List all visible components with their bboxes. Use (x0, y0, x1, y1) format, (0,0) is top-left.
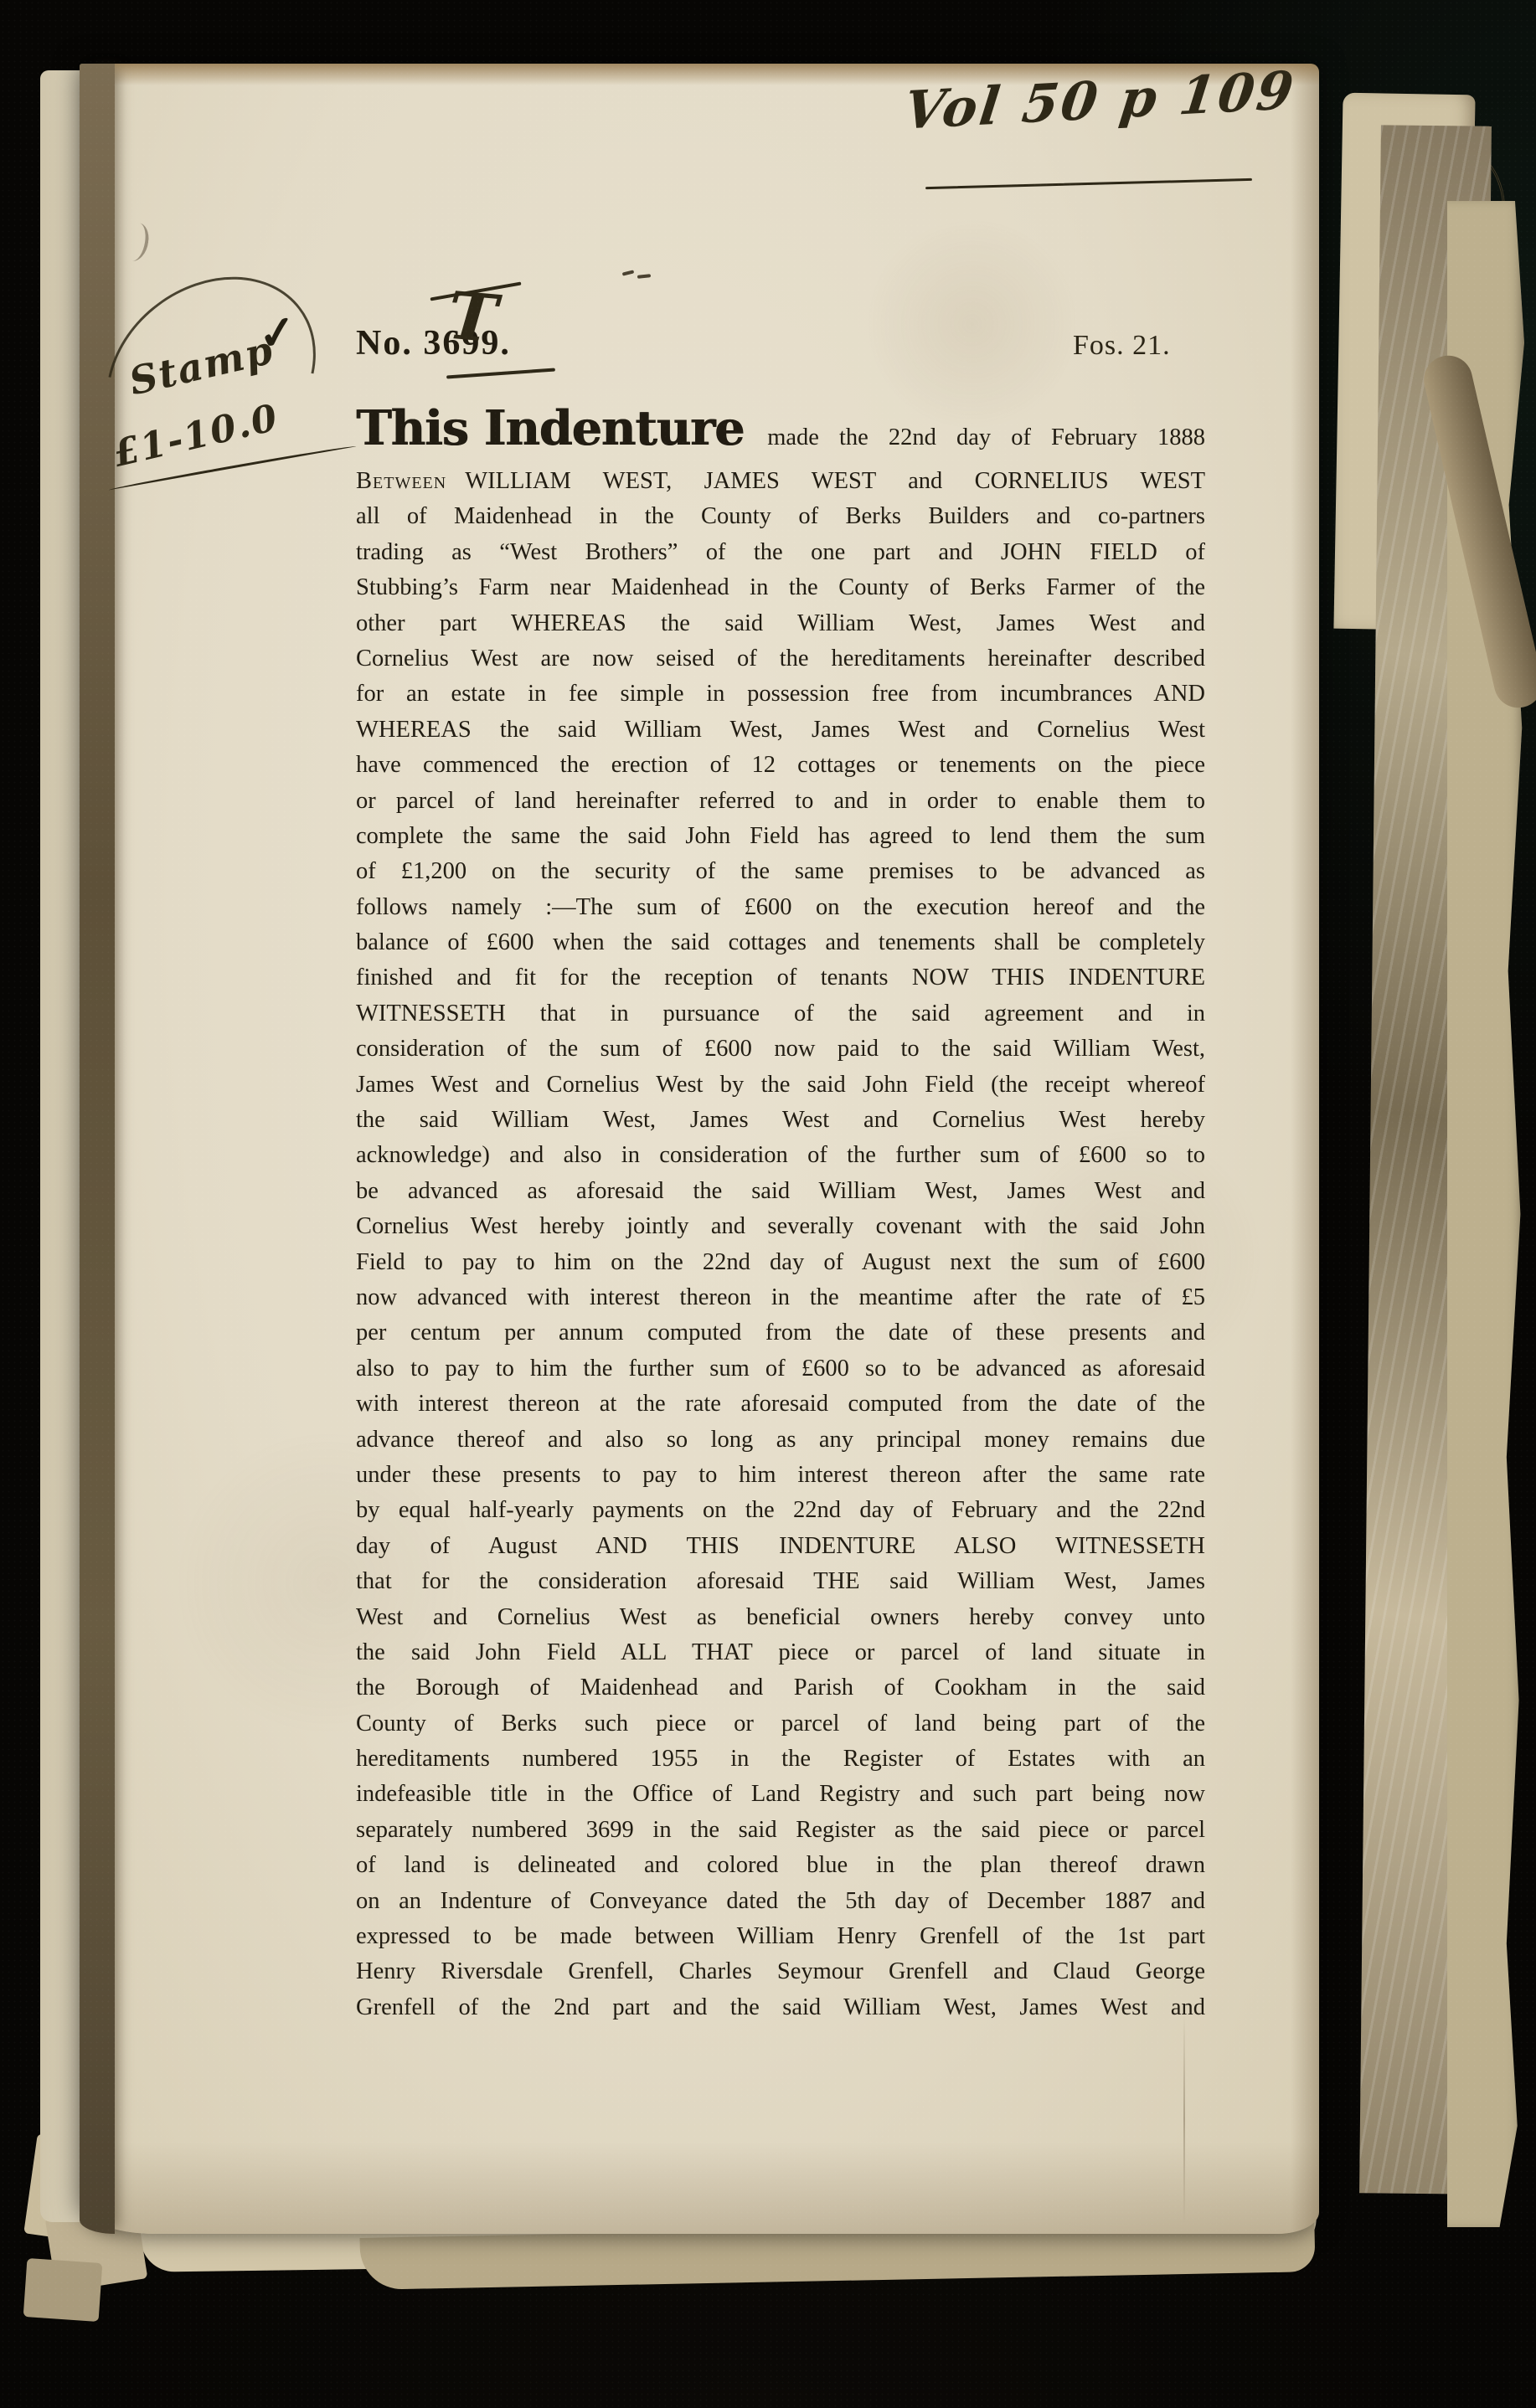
text-line: Field to pay to him on the 22nd day of A… (356, 1245, 1205, 1280)
text-line: per centum per annum computed from the d… (356, 1315, 1205, 1351)
text-line: all of Maidenhead in the County of Berks… (356, 499, 1205, 534)
text-line: finished and fit for the reception of te… (356, 960, 1205, 996)
text-line: now advanced with interest thereon in th… (356, 1280, 1205, 1315)
text-line: WITNESSETH that in pursuance of the said… (356, 996, 1205, 1032)
text-line: indefeasible title in the Office of Land… (356, 1777, 1205, 1812)
document-page: Vol 50 p 109 Stamp ✓ £1-10.0 No. 3699. T… (80, 64, 1319, 2234)
text-line: on an Indenture of Conveyance dated the … (356, 1884, 1205, 1919)
text-line: WHEREAS the said William West, James Wes… (356, 713, 1205, 748)
text-line: Stubbing’s Farm near Maidenhead in the C… (356, 570, 1205, 605)
text-line: of land is delineated and colored blue i… (356, 1848, 1205, 1883)
opening-line-rest: made the 22nd day of February 1888 (767, 424, 1205, 451)
text-line: with interest thereon at the rate afores… (356, 1387, 1205, 1422)
text-line: the said John Field ALL THAT piece or pa… (356, 1635, 1205, 1670)
text-line: for an estate in fee simple in possessio… (356, 677, 1205, 712)
text-line: or parcel of land hereinafter referred t… (356, 784, 1205, 819)
text-line: acknowledge) and also in consideration o… (356, 1138, 1205, 1173)
text-line: trading as “West Brothers” of the one pa… (356, 535, 1205, 570)
text-line: Cornelius West are now seised of the her… (356, 641, 1205, 677)
text-line: that for the consideration aforesaid THE… (356, 1564, 1205, 1599)
text-line: have commenced the erection of 12 cottag… (356, 748, 1205, 783)
text-line: also to pay to him the further sum of £6… (356, 1351, 1205, 1387)
deed-body-lines: all of Maidenhead in the County of Berks… (356, 499, 1205, 2025)
between-smallcaps: Between (356, 464, 446, 499)
text-line: the Borough of Maidenhead and Parish of … (356, 1670, 1205, 1706)
text-line: follows namely :—The sum of £600 on the … (356, 890, 1205, 925)
text-line: separately numbered 3699 in the said Reg… (356, 1813, 1205, 1848)
text-line: the said William West, James West and Co… (356, 1103, 1205, 1138)
opening-line: This Indenture made the 22nd day of Febr… (356, 400, 1205, 464)
checkmark-icon: ✓ (255, 305, 300, 362)
text-line: other part WHEREAS the said William West… (356, 606, 1205, 641)
text-line: Henry Riversdale Grenfell, Charles Seymo… (356, 1954, 1205, 1989)
volume-annotation-underline (925, 178, 1252, 189)
deed-text-block: This Indenture made the 22nd day of Febr… (356, 400, 1205, 2025)
between-line-rest: WILLIAM WEST, JAMES WEST and CORNELIUS W… (465, 464, 1205, 499)
bottom-left-page-tab (23, 2258, 103, 2322)
paper-dent (121, 221, 151, 263)
text-line: of £1,200 on the security of the same pr… (356, 854, 1205, 889)
text-line: under these presents to pay to him inter… (356, 1458, 1205, 1493)
text-line: Grenfell of the 2nd part and the said Wi… (356, 1990, 1205, 2025)
text-line: James West and Cornelius West by the sai… (356, 1068, 1205, 1103)
text-line: expressed to be made between William Hen… (356, 1919, 1205, 1954)
paper-fold-line (1183, 2014, 1185, 2224)
text-line: Cornelius West hereby jointly and severa… (356, 1209, 1205, 1244)
text-line: hereditaments numbered 1955 in the Regis… (356, 1742, 1205, 1777)
pencil-dash-marks (622, 270, 656, 281)
between-line: Between WILLIAM WEST, JAMES WEST and COR… (356, 464, 1205, 499)
text-line: by equal half-yearly payments on the 22n… (356, 1493, 1205, 1528)
text-line: advance thereof and also so long as any … (356, 1423, 1205, 1458)
volume-page-annotation: Vol 50 p 109 (901, 60, 1276, 141)
text-line: consideration of the sum of £600 now pai… (356, 1032, 1205, 1067)
text-line: West and Cornelius West as beneficial ow… (356, 1600, 1205, 1635)
text-line: County of Berks such piece or parcel of … (356, 1706, 1205, 1742)
folios-label: Fos. 21. (1073, 330, 1171, 362)
book-photograph: Vol 50 p 109 Stamp ✓ £1-10.0 No. 3699. T… (0, 0, 1536, 2408)
text-line: balance of £600 when the said cottages a… (356, 925, 1205, 960)
text-line: complete the same the said John Field ha… (356, 819, 1205, 854)
text-line: day of August AND THIS INDENTURE ALSO WI… (356, 1529, 1205, 1564)
text-line: be advanced as aforesaid the said Willia… (356, 1174, 1205, 1209)
blue-cloth-plan-edge (1392, 1533, 1497, 2151)
deed-number-underline (446, 368, 555, 378)
gothic-opening-words: This Indenture (356, 400, 744, 456)
